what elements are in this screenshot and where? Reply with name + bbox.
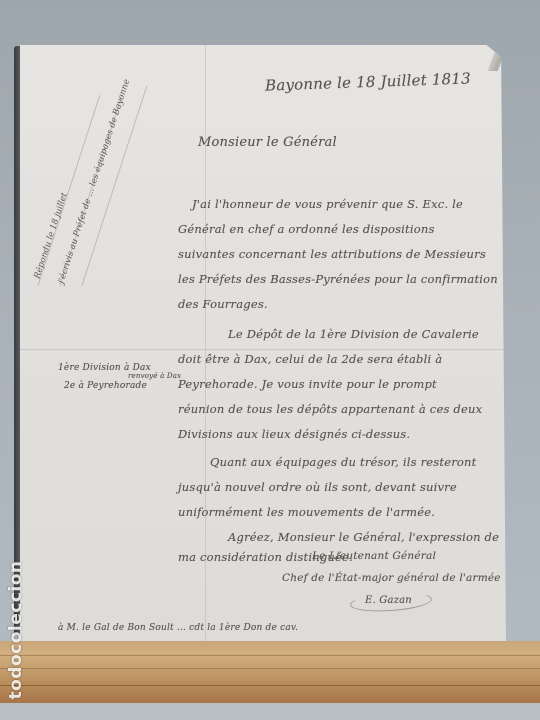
body-line: jusqu'à nouvel ordre où ils sont, devant… bbox=[178, 480, 457, 494]
body-line: Général en chef a ordonné les dispositio… bbox=[178, 222, 435, 236]
signature-flourish bbox=[349, 590, 432, 614]
address-line: à M. le Gal de Bon Soult ... cdt la 1ère… bbox=[58, 623, 298, 633]
letter-sheet: Répondu le 18 juillet j'écrivis au Préfe… bbox=[20, 45, 506, 643]
letter-salutation: Monsieur le Général bbox=[198, 135, 337, 150]
body-line: J'ai l'honneur de vous prévenir que S. E… bbox=[192, 197, 463, 211]
body-line: Le Dépôt de la 1ère Division de Cavaleri… bbox=[228, 327, 479, 341]
background-surface bbox=[0, 703, 540, 720]
letter-dateline: Bayonne le 18 Juillet 1813 bbox=[265, 69, 471, 94]
body-line: suivantes concernant les attributions de… bbox=[178, 247, 486, 261]
body-line: réunion de tous les dépôts appartenant à… bbox=[178, 402, 482, 416]
closing-title: Le Lieutenant Général bbox=[312, 550, 436, 562]
body-line: les Préfets des Basses-Pyrénées pour la … bbox=[178, 272, 498, 286]
left-margin-note-2: 2e à Peyrehorade bbox=[64, 381, 147, 391]
page-corner-curl bbox=[488, 47, 507, 71]
wooden-ledge bbox=[0, 641, 540, 703]
wood-grain bbox=[0, 668, 540, 669]
body-line: Quant aux équipages du trésor, ils reste… bbox=[210, 455, 476, 469]
body-line: doit être à Dax, celui de la 2de sera ét… bbox=[178, 352, 442, 366]
left-margin-aside: renvoyé à Dax bbox=[128, 372, 181, 380]
watermark: todocoleccion bbox=[4, 545, 28, 715]
body-line: Divisions aux lieux désignés ci-dessus. bbox=[178, 427, 410, 441]
wood-grain bbox=[0, 685, 540, 686]
body-line: Agréez, Monsieur le Général, l'expressio… bbox=[228, 530, 499, 544]
wood-grain bbox=[0, 655, 540, 656]
body-line: des Fourrages. bbox=[178, 297, 268, 311]
watermark-text: todocoleccion bbox=[6, 560, 26, 699]
body-line: Peyrehorade. Je vous invite pour le prom… bbox=[178, 377, 437, 391]
closing-office: Chef de l'État-major général de l'armée bbox=[282, 572, 501, 584]
body-line: uniformément les mouvements de l'armée. bbox=[178, 505, 435, 519]
